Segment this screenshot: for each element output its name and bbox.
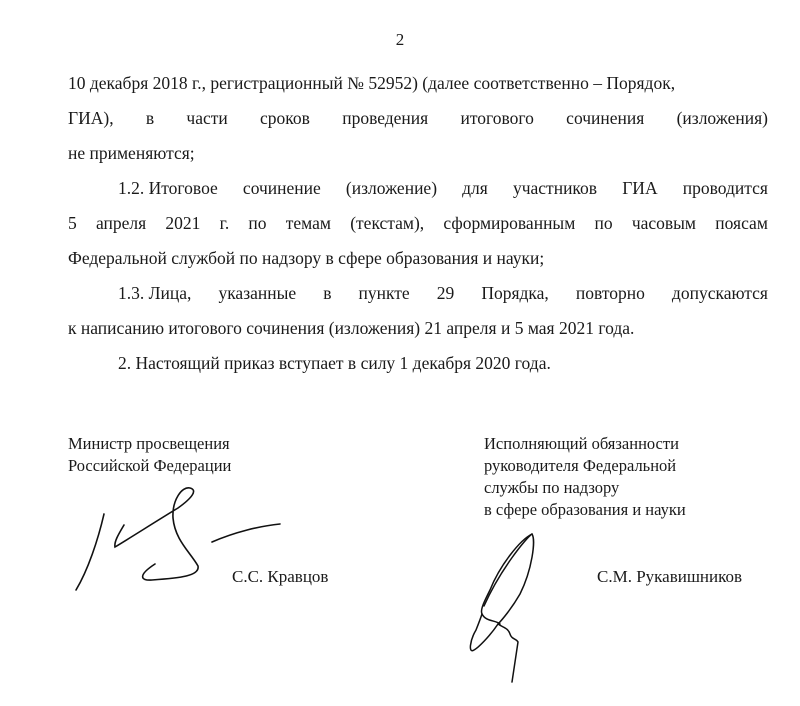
word: 5 xyxy=(68,213,77,234)
title-line: Российской Федерации xyxy=(68,455,231,477)
word: по xyxy=(248,213,266,234)
right-signatory-title: Исполняющий обязанности руководителя Фед… xyxy=(484,433,686,521)
right-signatory-name: С.М. Рукавишников xyxy=(597,567,742,587)
paragraph-1-2-line-2: 5 апреля 2021 г. по темам (текстам), сфо… xyxy=(68,213,768,234)
word: Порядка, xyxy=(481,283,548,304)
word: указанные xyxy=(218,283,296,304)
word: части xyxy=(186,108,227,129)
title-line: службы по надзору xyxy=(484,477,686,499)
word: (изложения) xyxy=(677,108,768,129)
paragraph-1-3-line-1: 1.3. Лица, указанные в пункте 29 Порядка… xyxy=(118,283,768,304)
word: сроков xyxy=(260,108,310,129)
title-line: Исполняющий обязанности xyxy=(484,433,686,455)
word: темам xyxy=(286,213,331,234)
body-line-1: 10 декабря 2018 г., регистрационный № 52… xyxy=(68,73,768,94)
word: сочинения xyxy=(566,108,644,129)
word: поясам xyxy=(715,213,768,234)
word: проведения xyxy=(342,108,428,129)
word: 1.3. Лица, xyxy=(118,283,191,304)
word: проводится xyxy=(683,178,768,199)
left-signatory-title: Министр просвещения Российской Федерации xyxy=(68,433,231,477)
paragraph-2: 2. Настоящий приказ вступает в силу 1 де… xyxy=(118,353,768,374)
word: по xyxy=(594,213,612,234)
word: (изложение) xyxy=(346,178,437,199)
word: 2021 xyxy=(165,213,200,234)
word: 29 xyxy=(437,283,455,304)
word: итогового xyxy=(460,108,533,129)
word: сочинение xyxy=(243,178,321,199)
word: допускаются xyxy=(672,283,768,304)
paragraph-1-2-line-1: 1.2. Итоговое сочинение (изложение) для … xyxy=(118,178,768,199)
body-line-2: ГИА), в части сроков проведения итоговог… xyxy=(68,108,768,129)
title-line: Министр просвещения xyxy=(68,433,231,455)
body-line-3: не применяются; xyxy=(68,143,768,164)
word: в xyxy=(323,283,331,304)
word: для xyxy=(462,178,488,199)
word: часовым xyxy=(632,213,696,234)
word: г. xyxy=(220,213,230,234)
title-line: руководителя Федеральной xyxy=(484,455,686,477)
word: ГИА), xyxy=(68,108,114,129)
word: (текстам), xyxy=(350,213,424,234)
word: в xyxy=(146,108,154,129)
word: сформированным xyxy=(443,213,575,234)
word: 1.2. Итоговое xyxy=(118,178,218,199)
paragraph-1-2-line-3: Федеральной службой по надзору в сфере о… xyxy=(68,248,768,269)
signature-kravtsov-icon xyxy=(60,480,300,610)
left-signatory-name: С.С. Кравцов xyxy=(232,567,328,587)
word: участников xyxy=(513,178,597,199)
word: апреля xyxy=(96,213,146,234)
page-number: 2 xyxy=(0,30,800,50)
signature-rukavishnikov-icon xyxy=(440,510,560,700)
word: ГИА xyxy=(622,178,657,199)
paragraph-1-3-line-2: к написанию итогового сочинения (изложен… xyxy=(68,318,768,339)
word: пункте xyxy=(359,283,410,304)
word: повторно xyxy=(576,283,645,304)
